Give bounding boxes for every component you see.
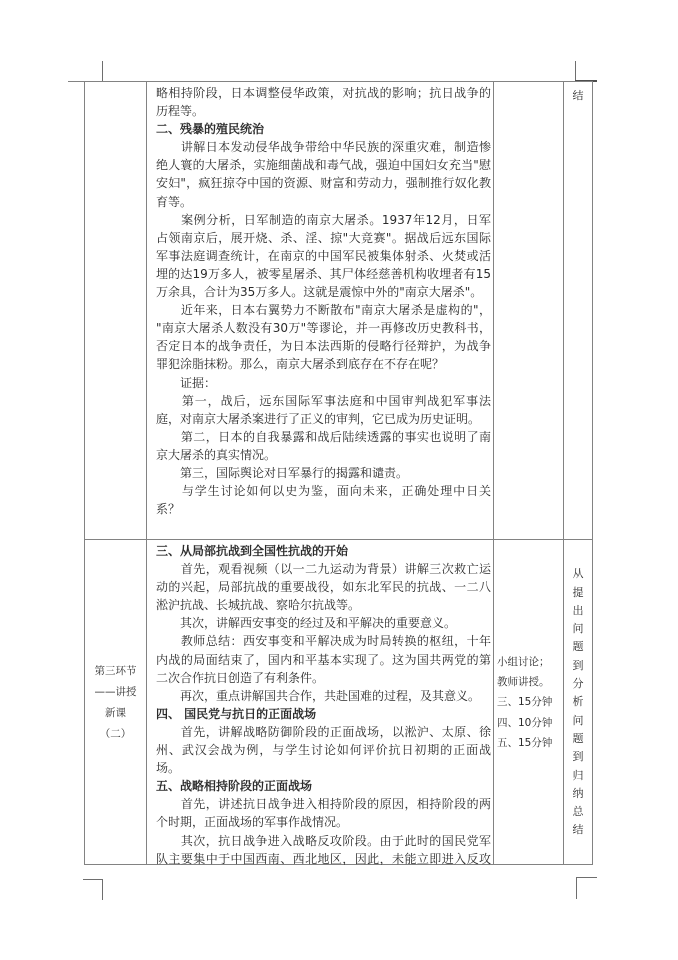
vertical-char: 到 xyxy=(573,657,584,675)
vertical-char: 从 xyxy=(573,565,584,583)
text-line: 京大屠杀的真实情况。 xyxy=(156,446,491,464)
table-row: 略相持阶段，日本调整侵华政策，对抗战的影响；抗日战争的历程等。二、残暴的殖民统治… xyxy=(85,82,592,539)
text-line: 个时期，正面战场的军事作战情况。 xyxy=(156,813,491,831)
cell-stage-empty xyxy=(85,82,146,539)
text-line: （二） xyxy=(100,724,132,745)
text-line: 讲解日本发动侵华战争带给中华民族的深重灾难，制造惨 xyxy=(156,138,491,156)
text-line: "南京大屠杀人数没有30万"等谬论，并一再修改历史教科书， xyxy=(156,319,491,337)
text-line: 占领南京后，展开烧、杀、淫、掠"大竞赛"。据战后远东国际 xyxy=(156,229,491,247)
text-line: 近年来，日本右翼势力不断散布"南京大屠杀是虚构的"， xyxy=(156,301,491,319)
text-line: 否定日本的战争责任，为日本法西斯的侵略行径辩护，为战争 xyxy=(156,337,491,355)
cell-teaching-content: 略相持阶段，日本调整侵华政策，对抗战的影响；抗日战争的历程等。二、残暴的殖民统治… xyxy=(146,82,493,539)
vertical-char: 提 xyxy=(573,584,584,602)
text-line: 首先，观看视频（以一二九运动为背景）讲解三次救亡运 xyxy=(156,560,491,578)
crop-mark-bottom-left-vertical xyxy=(102,879,103,900)
text-line: 新课 xyxy=(105,703,126,724)
text-line: 四、 国民党与抗日的正面战场 xyxy=(156,705,491,723)
text-line: 再次，重点讲解国共合作，共赴国难的过程，及其意义。 xyxy=(156,687,491,705)
crop-mark-bottom-right-vertical xyxy=(576,877,577,899)
text-line: 万余具，合计为35万多人。这就是震惊中外的"南京大屠杀"。 xyxy=(156,283,491,301)
vertical-char: 题 xyxy=(573,638,584,656)
text-line: 内战的局面结束了，国内和平基本实现了。这为国共两党的第 xyxy=(156,651,491,669)
text-line: 三、从局部抗战到全国性抗战的开始 xyxy=(156,542,491,560)
text-line: 证据： xyxy=(156,374,491,392)
crop-mark-top-left xyxy=(102,61,103,81)
cell-method-time: 小组讨论；教师讲授。三、15分钟四、10分钟五、15分钟 xyxy=(493,540,563,865)
vertical-char: 出 xyxy=(573,602,584,620)
crop-mark-bottom-right-horizontal xyxy=(576,877,597,878)
vertical-char: 题 xyxy=(573,730,584,748)
vertical-char: 归 xyxy=(573,767,584,785)
vertical-char: 分 xyxy=(573,675,584,693)
text-line: 淞沪抗战、长城抗战、察哈尔抗战等。 xyxy=(156,596,491,614)
vertical-char: 结 xyxy=(573,821,584,839)
text-line: 队主要集中于中国西南、西北地区，因此，未能立即进入反攻 xyxy=(156,850,491,865)
vertical-char: 纳 xyxy=(573,785,584,803)
text-line: 案例分析，日军制造的南京大屠杀。1937年12月，日军 xyxy=(156,211,491,229)
text-line: 五、战略相持阶段的正面战场 xyxy=(156,777,491,795)
text-line: 军事法庭调查统计，在南京的中国军民被集体射杀、火焚或活 xyxy=(156,247,491,265)
text-line: 略相持阶段，日本调整侵华政策，对抗战的影响；抗日战争的 xyxy=(156,84,491,102)
text-line: ——讲授 xyxy=(95,682,137,703)
text-line: 动的兴起，局部抗战的重要战役，如东北军民的抗战、一二八 xyxy=(156,578,491,596)
vertical-char: 结 xyxy=(573,87,584,105)
text-line: 场。 xyxy=(156,759,491,777)
text-line: 育等。 xyxy=(156,193,491,211)
crop-mark-top-left-horizontal xyxy=(68,81,85,82)
text-line: 绝人寰的大屠杀，实施细菌战和毒气战，强迫中国妇女充当"慰 xyxy=(156,156,491,174)
text-line: 历程等。 xyxy=(156,102,491,120)
text-line: 教师总结：西安事变和平解决成为时局转换的枢纽，十年 xyxy=(156,632,491,650)
text-line: 第二，日本的自我暴露和战后陆续透露的事实也说明了南 xyxy=(156,428,491,446)
text-line: 三、15分钟 xyxy=(497,692,563,712)
text-line: 其次，讲解西安事变的经过及和平解决的重要意义。 xyxy=(156,614,491,632)
text-line: 二、残暴的殖民统治 xyxy=(156,120,491,138)
text-line: 第一，战后，远东国际军事法庭和中国审判战犯军事法 xyxy=(156,392,491,410)
text-line: 系？ xyxy=(156,500,491,518)
text-line: 教师讲授。 xyxy=(497,672,563,692)
cell-design-purpose: 结 xyxy=(563,82,592,539)
text-line: 首先，讲解战略防御阶段的正面战场，以淞沪、太原、徐 xyxy=(156,723,491,741)
text-line: 安妇"，疯狂掠夺中国的资源、财富和劳动力，强制推行奴化教 xyxy=(156,174,491,192)
cell-method-empty xyxy=(493,82,563,539)
vertical-char: 总 xyxy=(573,803,584,821)
cell-design-purpose: 从提出问题到分析问题到归纳总结 xyxy=(563,540,592,865)
text-line: 小组讨论； xyxy=(497,652,563,672)
document-page: 略相持阶段，日本调整侵华政策，对抗战的影响；抗日战争的历程等。二、残暴的殖民统治… xyxy=(0,0,678,960)
text-line: 第三环节 xyxy=(95,661,137,682)
cell-stage-label: 第三环节——讲授新课（二） xyxy=(85,540,146,865)
vertical-char: 到 xyxy=(573,748,584,766)
text-line: 二次合作抗日创造了有利条件。 xyxy=(156,669,491,687)
crop-mark-bottom-left-horizontal xyxy=(83,879,103,880)
text-line: 第三，国际舆论对日军暴行的揭露和谴责。 xyxy=(156,464,491,482)
text-line: 罪犯涂脂抹粉。那么，南京大屠杀到底存在不存在呢？ xyxy=(156,355,491,373)
cell-teaching-content: 三、从局部抗战到全国性抗战的开始 首先，观看视频（以一二九运动为背景）讲解三次救… xyxy=(146,540,493,865)
crop-mark-top-right xyxy=(575,61,576,81)
text-line: 州、武汉会战为例，与学生讨论如何评价抗日初期的正面战 xyxy=(156,741,491,759)
vertical-char: 问 xyxy=(573,620,584,638)
table-row: 第三环节——讲授新课（二） 三、从局部抗战到全国性抗战的开始 首先，观看视频（以… xyxy=(85,539,592,865)
text-line: 庭，对南京大屠杀案进行了正义的审判，它已成为历史证明。 xyxy=(156,410,491,428)
vertical-char: 析 xyxy=(573,693,584,711)
text-line: 埋的达19万多人，被零星屠杀、其尸体经慈善机构收埋者有15 xyxy=(156,265,491,283)
lesson-plan-table: 略相持阶段，日本调整侵华政策，对抗战的影响；抗日战争的历程等。二、残暴的殖民统治… xyxy=(84,81,593,865)
text-line: 与学生讨论如何以史为鉴，面向未来，正确处理中日关 xyxy=(156,482,491,500)
text-line: 首先，讲述抗日战争进入相持阶段的原因，相持阶段的两 xyxy=(156,795,491,813)
text-line: 四、10分钟 xyxy=(497,713,563,733)
text-line: 其次，抗日战争进入战略反攻阶段。由于此时的国民党军 xyxy=(156,832,491,850)
vertical-char: 问 xyxy=(573,712,584,730)
text-line: 五、15分钟 xyxy=(497,733,563,753)
